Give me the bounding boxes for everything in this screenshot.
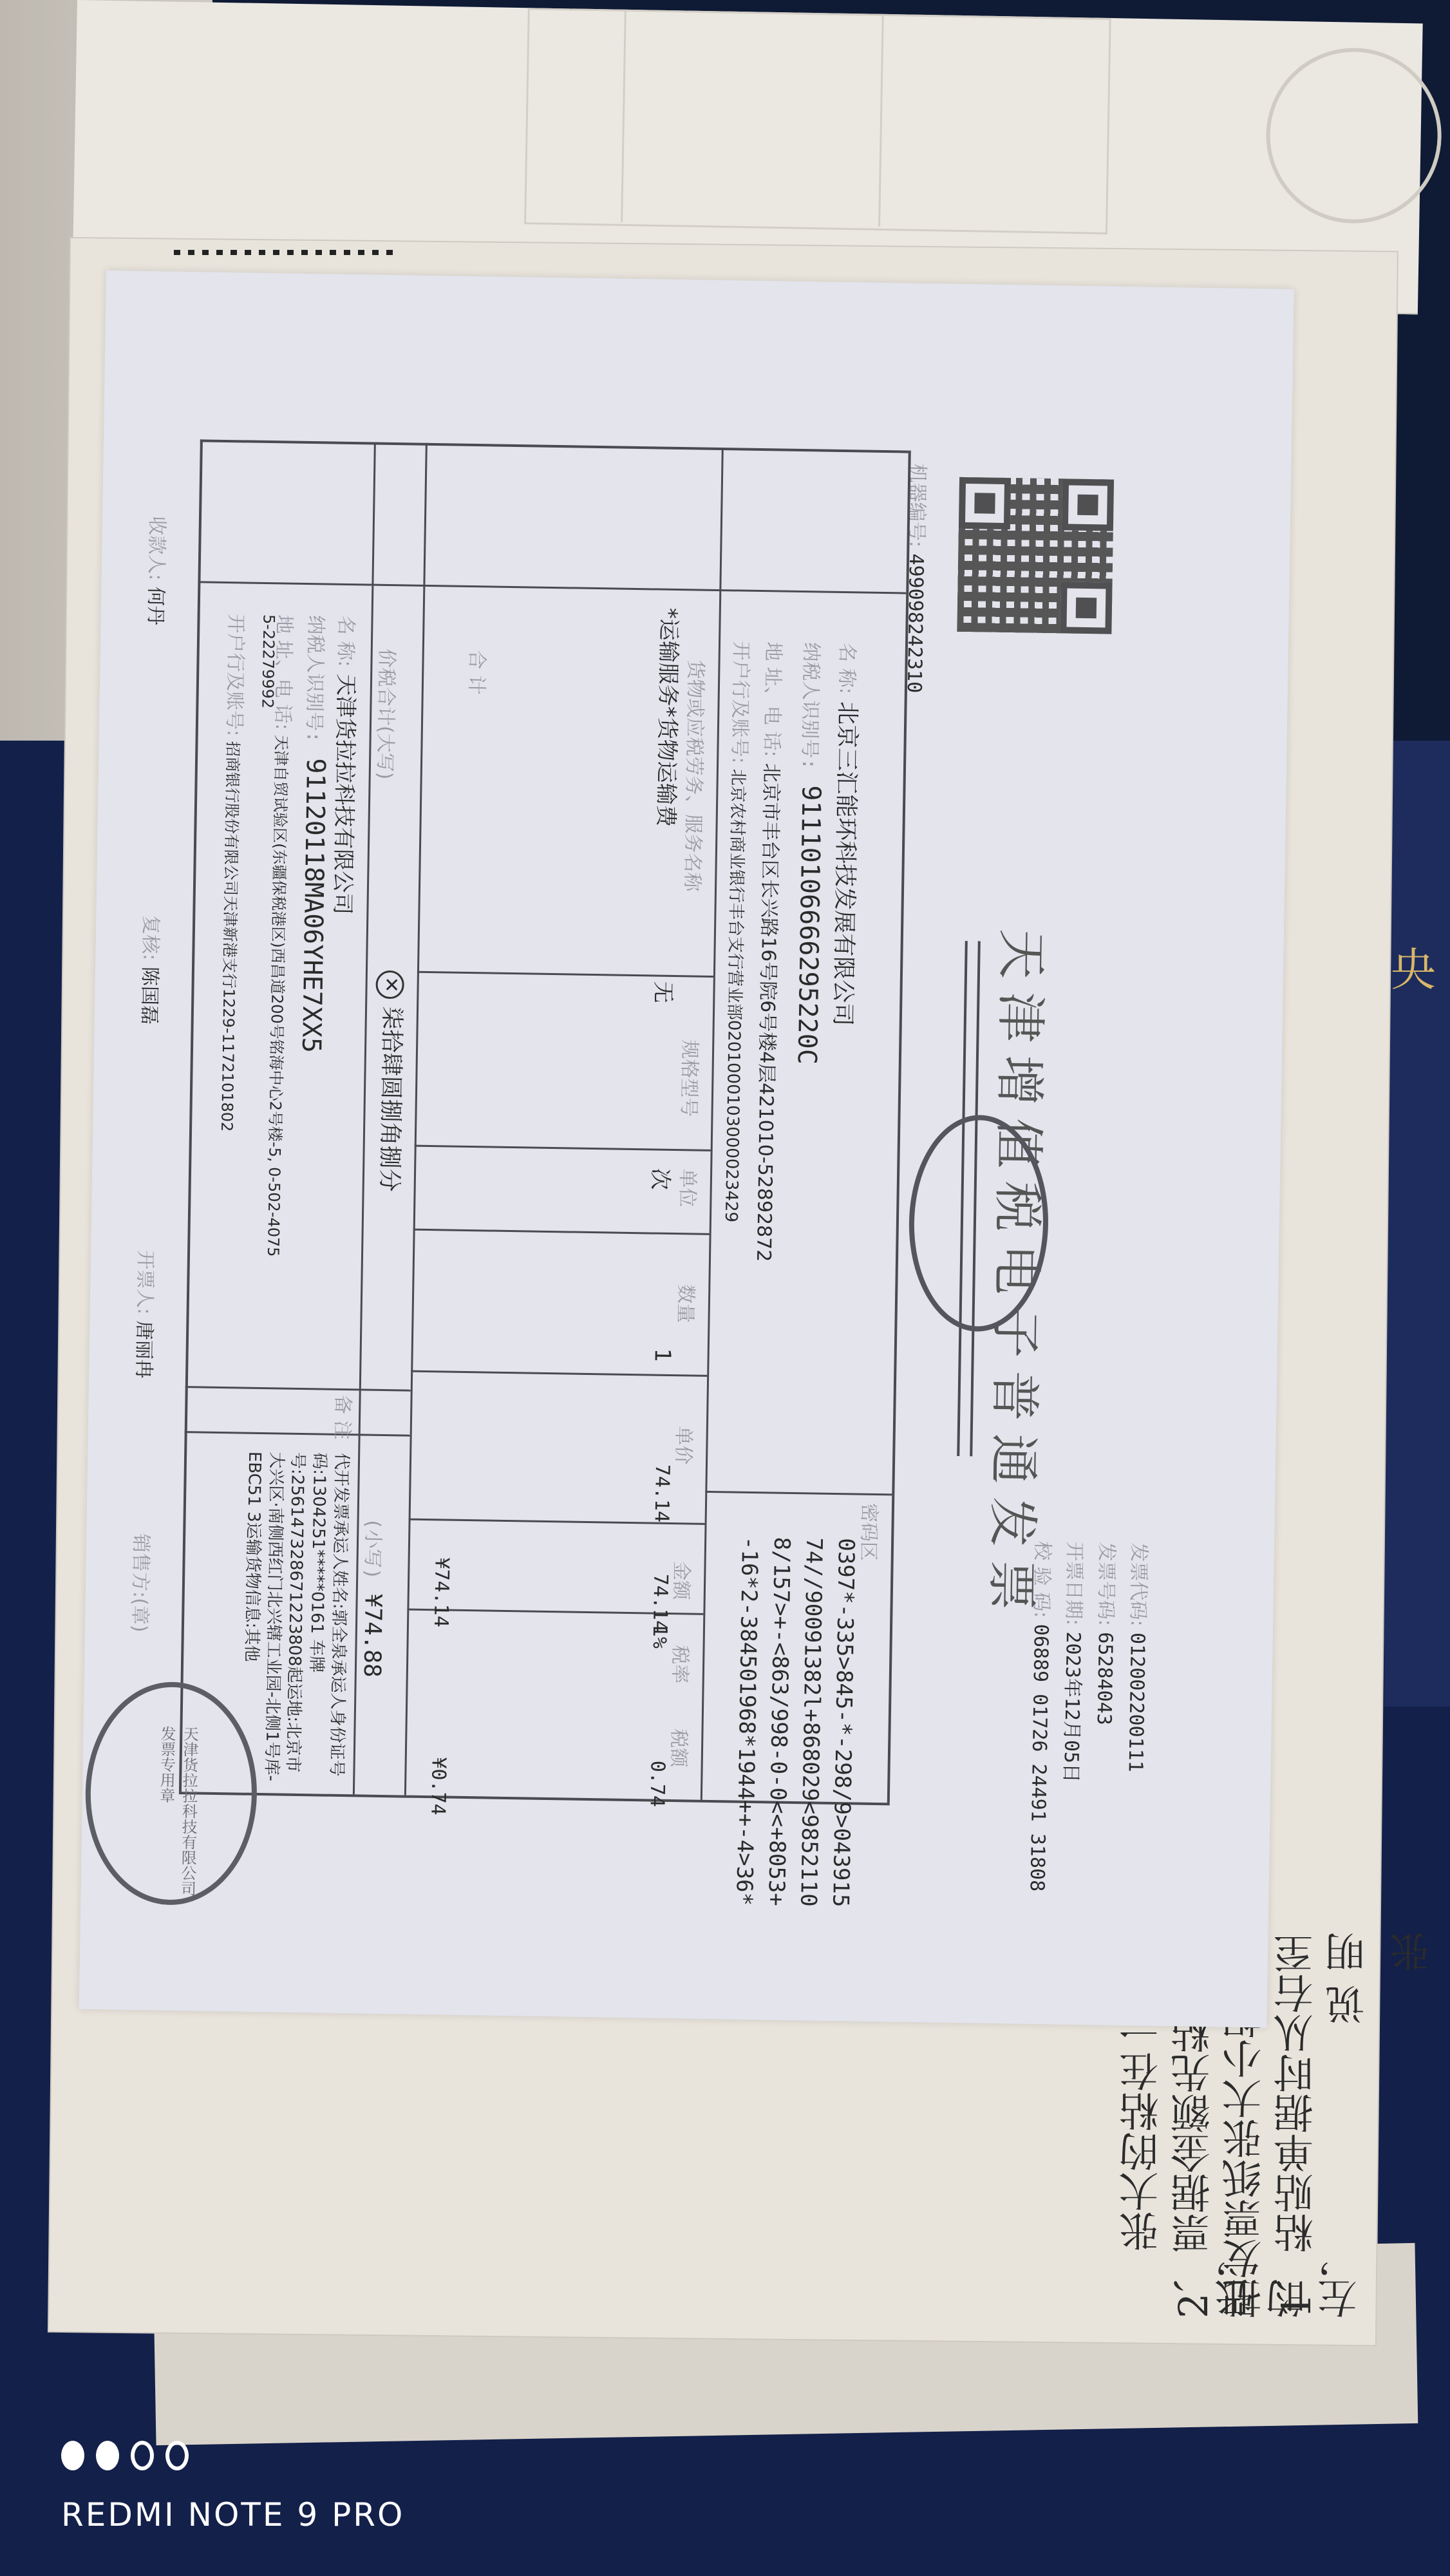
grand-total: (小写) ¥74.88 bbox=[359, 1517, 390, 1678]
perforation-dots bbox=[174, 250, 399, 255]
sheet-count-label: 张 bbox=[1391, 1932, 1435, 1972]
dot-filled-icon bbox=[61, 2441, 84, 2470]
background-band: 央 bbox=[1384, 741, 1450, 1707]
watermark-dots bbox=[61, 2441, 404, 2470]
header-tax: 税额 bbox=[666, 1728, 695, 1768]
header-qty: 数量 bbox=[673, 1284, 702, 1323]
cipher-line: 8/157>+-<863/998-0-0<<+8053+ bbox=[763, 1537, 795, 1906]
drawer: 开票人: 唐丽冉 bbox=[131, 1250, 162, 1379]
seller-phone: 5-22279992 bbox=[258, 614, 278, 709]
dot-hollow-icon bbox=[131, 2441, 154, 2470]
total-label: 合 计 bbox=[464, 650, 493, 695]
header-unit: 单位 bbox=[675, 1168, 704, 1207]
item-qty: 1 bbox=[649, 1348, 675, 1362]
dot-filled-icon bbox=[96, 2441, 119, 2470]
payee: 收款人: 何丹 bbox=[143, 516, 173, 625]
header-amount: 金额 bbox=[669, 1561, 698, 1600]
qr-code bbox=[957, 477, 1114, 634]
band-character: 央 bbox=[1391, 934, 1436, 999]
buyer-address: 地 址、电 话: 北京市丰台区长兴路16号院6号楼4层421010-528928… bbox=[751, 641, 789, 1262]
buyer-bank: 开户行及账号: 北京农村商业银行丰台支行营业部02010001030000234… bbox=[720, 641, 757, 1222]
seller-name: 名 称: 天津货拉拉科技有限公司 bbox=[328, 616, 364, 915]
invoice-number-field: 发票号码: 65284043 bbox=[1092, 1542, 1123, 1725]
check-code-field: 校 验 码: 06889 01726 24491 31808 bbox=[1025, 1541, 1059, 1892]
seller-tax-id: 纳税人识别号: 91120118MA06YHE7XX5 bbox=[296, 615, 333, 1053]
cancel-x-icon: ✕ bbox=[375, 971, 404, 999]
buyer-name: 名 称: 北京三汇能环科技发展有限公司 bbox=[828, 643, 867, 1027]
invoice-date-field: 开票日期: 2023年12月05日 bbox=[1059, 1542, 1091, 1783]
remarks-label: 备 注 bbox=[330, 1395, 359, 1440]
cipher-label: 密码区 bbox=[856, 1503, 885, 1562]
header-price: 单价 bbox=[671, 1426, 700, 1465]
buyer-tax-id: 纳税人识别号: 91110106666295220C bbox=[792, 642, 828, 1065]
item-name: *运输服务*货物运输费 bbox=[652, 607, 687, 827]
camera-watermark: REDMI NOTE 9 PRO bbox=[61, 2441, 404, 2533]
watermark-brand: REDMI NOTE 9 PRO bbox=[61, 2496, 404, 2533]
invoice-code-field: 发票代码: 012002200111 bbox=[1124, 1542, 1156, 1772]
cipher-line: 74//90091382l+868029<9852110 bbox=[795, 1537, 827, 1907]
item-price: 74.14 bbox=[650, 1464, 673, 1523]
remarks-text: 代开发票承运人姓名:郭全泉承运人身份证号码:1304251*****0161 车… bbox=[238, 1452, 352, 1788]
item-spec: 无 bbox=[649, 981, 681, 1003]
total-tax: ¥0.74 bbox=[426, 1757, 449, 1815]
cipher-line: -16*2-384501968*1944++-4>36* bbox=[731, 1537, 762, 1906]
reviewer: 复核: 陈国磊 bbox=[137, 915, 167, 1025]
header-spec: 规格型号 bbox=[676, 1039, 706, 1117]
booklet-seal-mark bbox=[1265, 46, 1443, 225]
seller-seal-label: 销售方:(章) bbox=[127, 1533, 157, 1633]
header-rate: 税率 bbox=[668, 1645, 697, 1684]
item-unit: 次 bbox=[646, 1168, 679, 1190]
total-amount: ¥74.14 bbox=[429, 1557, 453, 1627]
grand-total-words: ✕ 柒拾肆圆捌角捌分 bbox=[373, 971, 411, 1192]
dot-hollow-icon bbox=[165, 2441, 189, 2470]
seller-stamp: 天津货拉拉科技有限公司 发票专用章 bbox=[84, 1681, 258, 1906]
grand-total-label: 价税合计(大写) bbox=[373, 649, 403, 780]
item-amount: 74.14 bbox=[648, 1573, 672, 1632]
invoice-paper: 天津增值税电子普通发票 机器编号: 499098242310 发票代码: 012… bbox=[79, 270, 1294, 2028]
seller-bank: 开户行及账号: 招商银行股份有限公司天津新港支行1229-1172101802 bbox=[216, 614, 252, 1132]
item-tax: 0.74 bbox=[646, 1760, 669, 1807]
seller-address: 地 址、电 话: 天津自贸试验区(东疆保税港区)西昌道200号铭海中心2号楼-5… bbox=[262, 614, 301, 1257]
item-rate: 1% bbox=[648, 1625, 671, 1649]
cipher-line: 0397*-335>845-*-298/9>043915 bbox=[827, 1538, 859, 1908]
